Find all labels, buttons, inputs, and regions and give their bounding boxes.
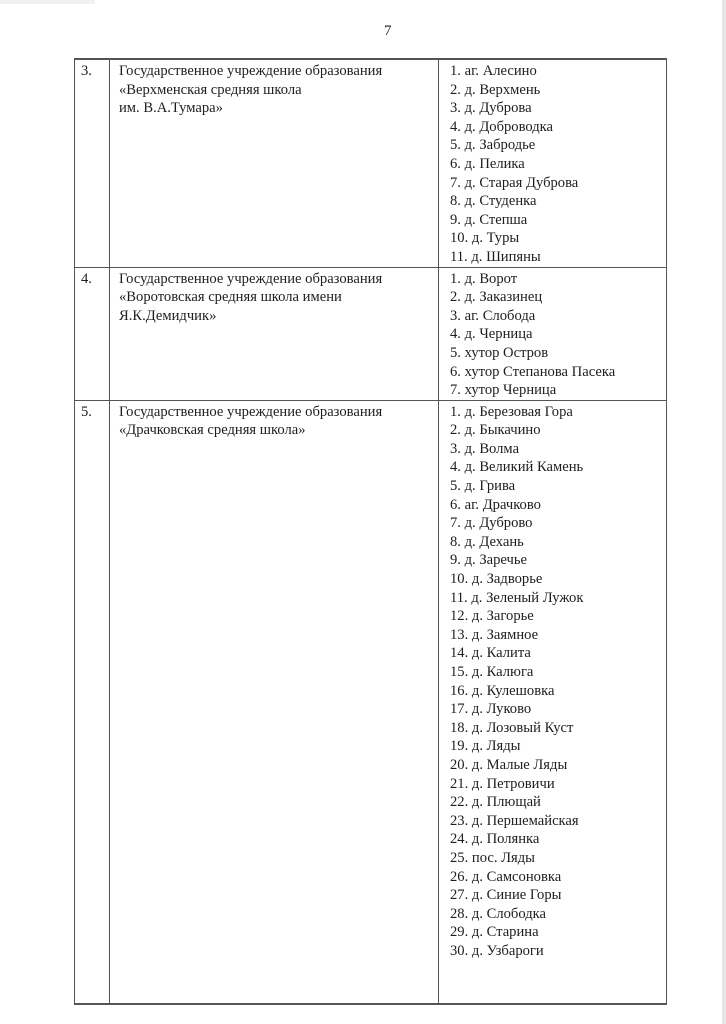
settlement-item: 10. д. Туры: [450, 229, 664, 248]
settlement-item: 6. хутор Степанова Пасека: [450, 363, 664, 382]
settlement-item: 4. д. Черница: [450, 325, 664, 344]
settlement-item: 30. д. Узбароги: [450, 942, 664, 961]
settlement-item: 5. д. Грива: [450, 477, 664, 496]
settlement-item: 9. д. Степша: [450, 211, 664, 230]
scan-artifact: [0, 0, 95, 4]
school-name: Государственное учреждение образования «…: [110, 267, 439, 400]
school-name-line: Я.К.Демидчик»: [119, 307, 434, 326]
settlement-item: 29. д. Старина: [450, 923, 664, 942]
table-body: 3. Государственное учреждение образовани…: [75, 59, 667, 1004]
row-number: 4.: [75, 267, 110, 400]
settlement-list: 1. аг. Алесино2. д. Верхмень3. д. Дубров…: [439, 59, 667, 267]
settlement-item: 23. д. Першемайская: [450, 812, 664, 831]
settlement-item: 11. д. Шипяны: [450, 248, 664, 267]
settlement-item: 7. д. Дуброво: [450, 514, 664, 533]
table-row: 4. Государственное учреждение образовани…: [75, 267, 667, 400]
settlement-item: 20. д. Малые Ляды: [450, 756, 664, 775]
settlement-item: 17. д. Луково: [450, 700, 664, 719]
settlement-item: 26. д. Самсоновка: [450, 868, 664, 887]
settlement-item: 3. д. Волма: [450, 440, 664, 459]
settlement-item: 1. д. Березовая Гора: [450, 403, 664, 422]
settlement-item: 9. д. Заречье: [450, 551, 664, 570]
settlement-item: 6. д. Пелика: [450, 155, 664, 174]
school-name-line: им. В.А.Тумара»: [119, 99, 434, 118]
settlement-item: 21. д. Петровичи: [450, 775, 664, 794]
schools-settlements-table: 3. Государственное учреждение образовани…: [74, 58, 667, 1005]
school-name-line: Государственное учреждение образования: [119, 62, 434, 81]
school-name-line: Государственное учреждение образования: [119, 270, 434, 289]
settlement-item: 3. д. Дуброва: [450, 99, 664, 118]
school-name-line: «Воротовская средняя школа имени: [119, 288, 434, 307]
settlement-item: 28. д. Слободка: [450, 905, 664, 924]
page-edge: [722, 0, 726, 1024]
settlement-item: 11. д. Зеленый Лужок: [450, 589, 664, 608]
settlement-item: 5. хутор Остров: [450, 344, 664, 363]
settlement-item: 7. хутор Черница: [450, 381, 664, 400]
settlement-item: 4. д. Великий Камень: [450, 458, 664, 477]
table-row: 3. Государственное учреждение образовани…: [75, 59, 667, 267]
settlement-item: 16. д. Кулешовка: [450, 682, 664, 701]
settlement-item: 2. д. Заказинец: [450, 288, 664, 307]
settlement-item: 27. д. Синие Горы: [450, 886, 664, 905]
settlement-item: 6. аг. Драчково: [450, 496, 664, 515]
settlement-item: 1. д. Ворот: [450, 270, 664, 289]
row-number: 5.: [75, 400, 110, 1004]
page-number: 7: [384, 22, 392, 40]
settlement-list: 1. д. Ворот2. д. Заказинец3. аг. Слобода…: [439, 267, 667, 400]
settlement-item: 8. д. Дехань: [450, 533, 664, 552]
school-name: Государственное учреждение образования «…: [110, 400, 439, 1004]
table-row: 5. Государственное учреждение образовани…: [75, 400, 667, 1004]
settlement-item: 15. д. Калюга: [450, 663, 664, 682]
settlement-item: 4. д. Доброводка: [450, 118, 664, 137]
settlement-item: 1. аг. Алесино: [450, 62, 664, 81]
settlement-item: 13. д. Заямное: [450, 626, 664, 645]
settlement-item: 12. д. Загорье: [450, 607, 664, 626]
row-number: 3.: [75, 59, 110, 267]
settlement-item: 2. д. Быкачино: [450, 421, 664, 440]
school-name-line: «Верхменская средняя школа: [119, 81, 434, 100]
settlement-item: 3. аг. Слобода: [450, 307, 664, 326]
settlement-item: 14. д. Калита: [450, 644, 664, 663]
settlement-item: 7. д. Старая Дуброва: [450, 174, 664, 193]
settlement-item: 5. д. Забродье: [450, 136, 664, 155]
settlement-item: 8. д. Студенка: [450, 192, 664, 211]
settlement-item: 10. д. Задворье: [450, 570, 664, 589]
settlement-item: 18. д. Лозовый Куст: [450, 719, 664, 738]
school-name-line: «Драчковская средняя школа»: [119, 421, 434, 440]
settlement-item: 25. пос. Ляды: [450, 849, 664, 868]
settlement-item: 19. д. Ляды: [450, 737, 664, 756]
settlement-list: 1. д. Березовая Гора2. д. Быкачино3. д. …: [439, 400, 667, 1004]
settlement-item: 22. д. Плющай: [450, 793, 664, 812]
school-name-line: Государственное учреждение образования: [119, 403, 434, 422]
settlement-item: 2. д. Верхмень: [450, 81, 664, 100]
school-name: Государственное учреждение образования «…: [110, 59, 439, 267]
settlement-item: 24. д. Полянка: [450, 830, 664, 849]
